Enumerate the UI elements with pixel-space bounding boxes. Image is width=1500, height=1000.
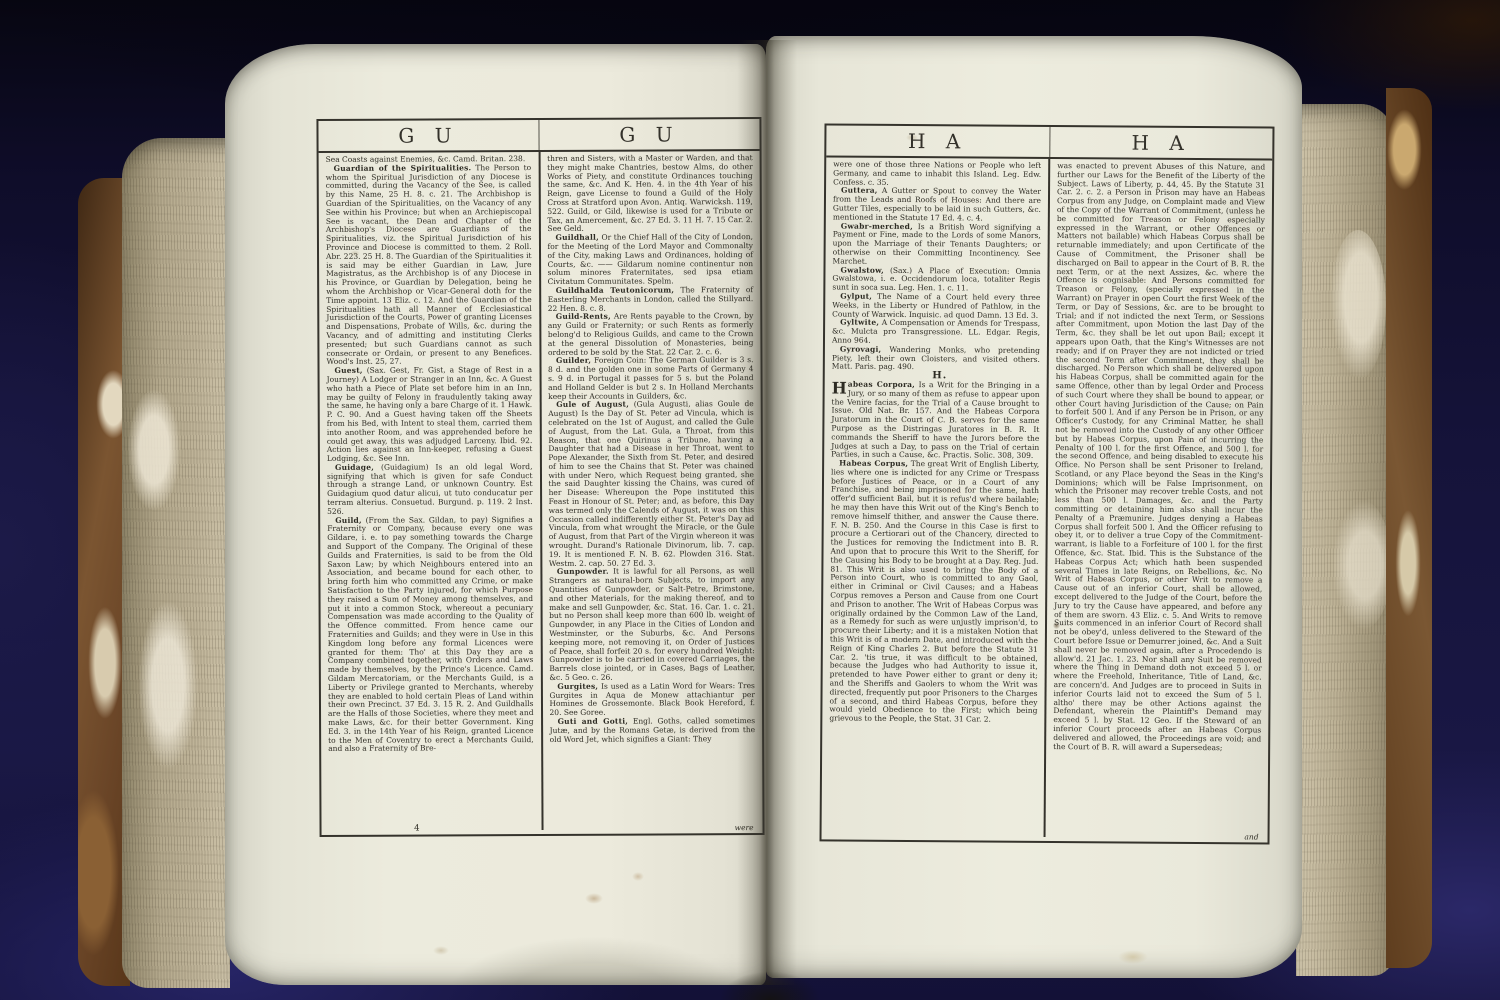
book-cover-right-edge	[1386, 88, 1432, 968]
entry-gwabr-merched: Gwabr-merched, Is a British Word signify…	[833, 222, 1041, 267]
photograph-of-open-law-dictionary: { "palette": { "fabric_navy": "#15133a",…	[0, 0, 1500, 1000]
page-stain	[632, 872, 644, 881]
entry-guild: Guild, (From the Sax. Gildan, to pay) Si…	[327, 516, 534, 754]
catchword: were	[735, 823, 754, 832]
running-head-letters: H A	[826, 125, 1049, 157]
fore-edge-wear-patch	[128, 390, 180, 510]
page-stack-fore-edge-left	[122, 138, 230, 988]
entry-guest: Guest, (Sax. Gest, Fr. Gist, a Stage of …	[327, 366, 533, 464]
signature-mark: 4	[414, 824, 419, 834]
entry-gunpowder: Gunpowder. It is lawful for all Persons,…	[549, 568, 755, 683]
entry-habeas-corpus-continuation: was enacted to prevent Abuses of this Na…	[1053, 162, 1265, 753]
entry-gule-of-august: Gule of August, (Gula Augusti, alias Gou…	[548, 400, 754, 568]
entry-guild-rents: Guild-Rents, Are Rents payable to the Cr…	[548, 312, 754, 357]
entry-gwalstow: Gwalstow, (Sax.) A Place of Execution: O…	[832, 266, 1040, 294]
right-page-running-head: H A H A	[826, 125, 1272, 160]
left-page-column-2: thren and Sisters, with a Master or Ward…	[538, 151, 762, 830]
entry-guttera: Guttera, A Gutter or Spout to convey the…	[833, 187, 1041, 224]
right-page-text-frame: H A H A were one of those three Nations …	[819, 123, 1274, 844]
entry-guildhalda-teutonicorum: Guildhalda Teutonicorum, The Fraternity …	[548, 286, 754, 313]
entry-guilder: Guilder, Foreign Coin: The German Guilde…	[548, 356, 754, 401]
entry-gyrovagi: Gyrovagi, Wandering Monks, who pretendin…	[832, 345, 1040, 373]
entry-habeas-corpus: Habeas Corpus, The great Writ of English…	[829, 460, 1039, 725]
catchword: and	[1244, 832, 1258, 841]
left-page-text-frame: G U G U Sea Coasts against Enemies, &c. …	[316, 117, 764, 837]
entry-habeas-corpora: Habeas Corpora, Is a Writ for the Bringi…	[831, 380, 1040, 461]
entry-continuation: thren and Sisters, with a Master or Ward…	[547, 154, 753, 234]
entry-guardian-of-the-spiritualities: Guardian of the Spiritualities. The Pers…	[326, 164, 532, 367]
entry-guidage: Guidage, (Guidagium) Is an old legal Wor…	[327, 463, 533, 517]
running-head-letters: G U	[318, 120, 538, 151]
left-page-column-1: Sea Coasts against Enemies, &c. Camd. Br…	[319, 152, 541, 831]
entry-gurgites: Gurgites, Is used as a Latin Word for We…	[549, 682, 755, 718]
book-gutter-bottom-shadow	[700, 930, 840, 1000]
right-page-column-2: was enacted to prevent Abuses of this Na…	[1044, 159, 1273, 839]
running-head-letters: G U	[538, 119, 759, 150]
page-stain	[585, 893, 603, 904]
fore-edge-wear-patch	[138, 600, 198, 770]
left-page-running-head: G U G U	[318, 119, 759, 153]
right-page-column-1: were one of those three Nations or Peopl…	[822, 157, 1049, 837]
fore-edge-wear-patch	[1332, 500, 1392, 630]
entry-guildhall: Guildhall, Or the Chief Hall of the City…	[547, 233, 753, 287]
page-stain	[433, 946, 449, 955]
page-stain	[1118, 950, 1148, 964]
running-head-letters: H A	[1049, 127, 1273, 159]
entry-continuation: were one of those three Nations or Peopl…	[833, 160, 1041, 188]
entry-guti-and-gotti: Guti and Gotti, Engl. Goths, called some…	[550, 717, 756, 744]
entry-gylput: Gylput, The Name of a Court held every t…	[832, 292, 1040, 320]
fore-edge-wear-patch	[1330, 230, 1386, 380]
drop-cap: H	[832, 380, 847, 395]
entry-gyltwite: Gyltwite, A Compensation or Amends for T…	[832, 319, 1040, 347]
